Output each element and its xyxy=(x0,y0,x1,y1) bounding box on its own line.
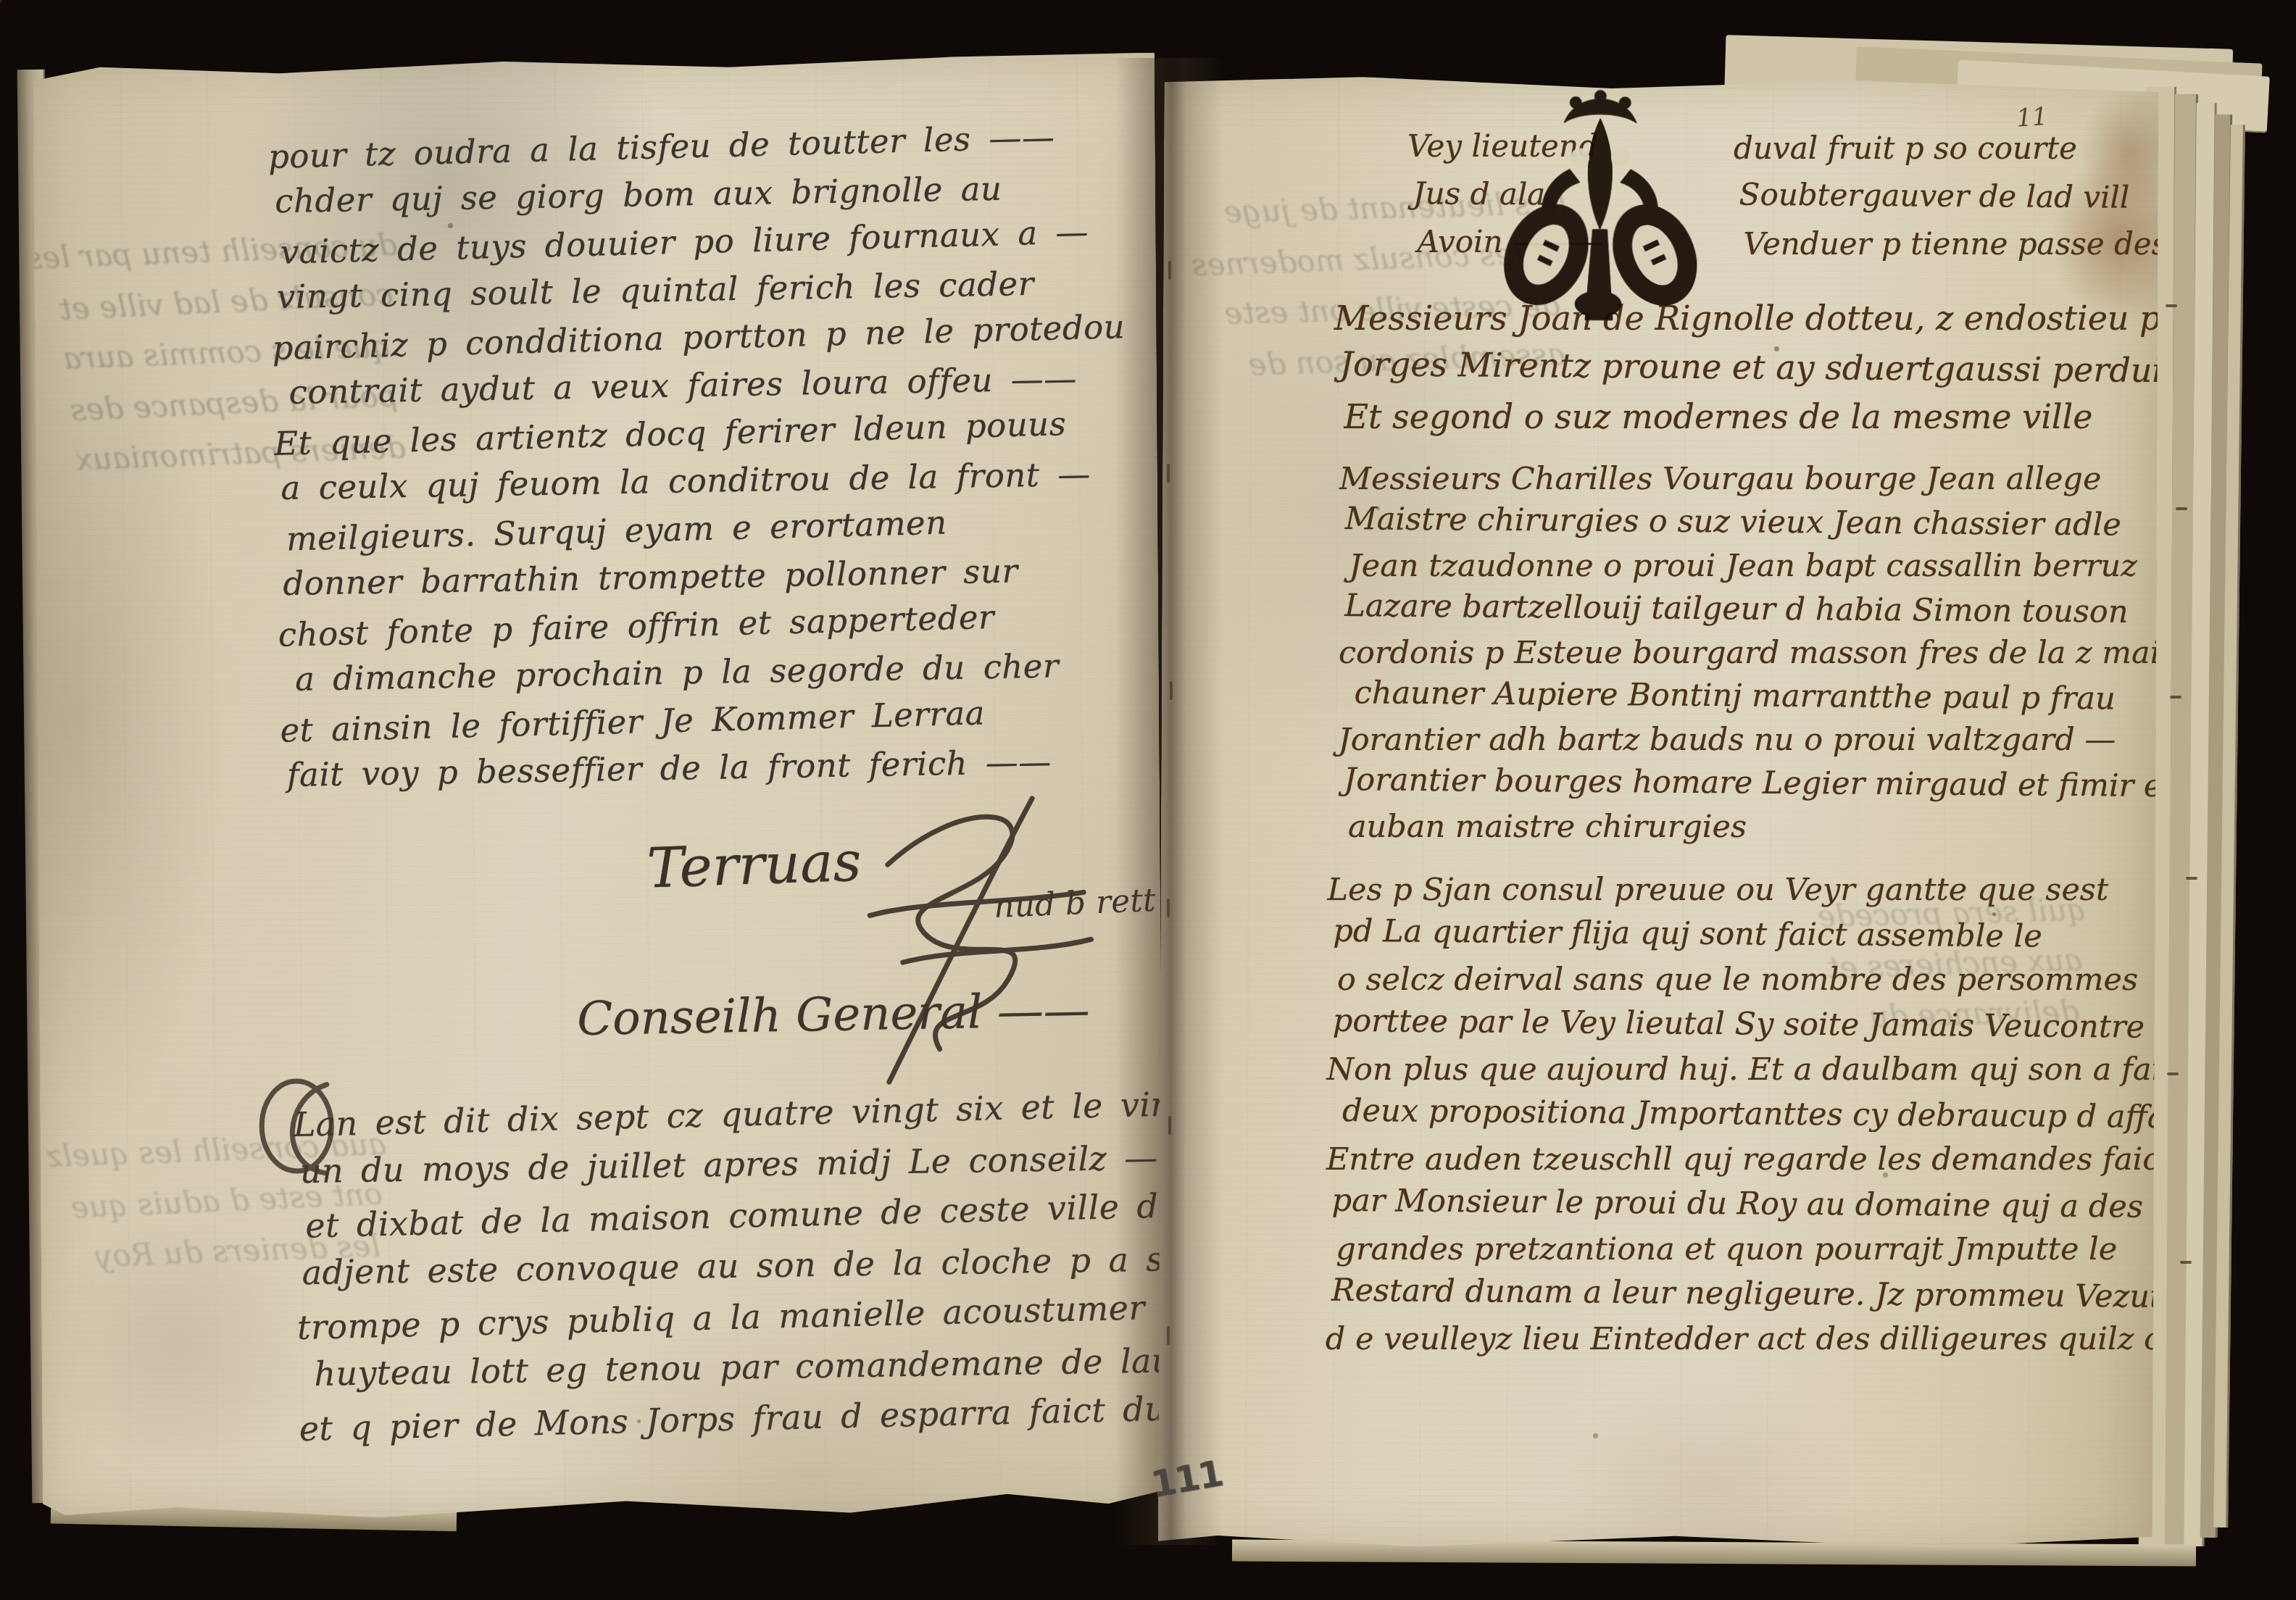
signature-countersign: nud b rett xyxy=(993,882,1156,925)
manuscript-line: Messieurs Charilles Vourgau bourge Jean … xyxy=(1339,457,2177,501)
binding-stitch xyxy=(1167,464,1170,483)
signature-paraph-flourish xyxy=(800,776,1157,1104)
manuscript-line: Les p Sjan consul preuue ou Veyr gantte … xyxy=(1328,867,2262,912)
manuscript-line: par Monsieur le proui du Roy au domaine … xyxy=(1331,1178,2266,1230)
manuscript-line: Soubtergauver de lad vill xyxy=(1739,170,2173,222)
manuscript-line: o selcz deirval sans que le nombre des p… xyxy=(1337,957,2261,1002)
binding-stitch xyxy=(1167,899,1170,917)
fore-edge-ink-mark xyxy=(2180,1261,2192,1264)
manuscript-line: Non plus que aujourd huj. Et a daulbam q… xyxy=(1326,1047,2260,1092)
manuscript-line: Messieurs Joan de Rignolle dotteu, z end… xyxy=(1334,293,2174,343)
header-right-fragments: duval fruit p so courte Soubtergauver de… xyxy=(1733,123,2168,269)
manuscript-line: Jean tzaudonne o proui Jean bapt cassall… xyxy=(1349,544,2176,588)
left-paragraph-resolution: pour tz oudra a la tisfeu de toutter les… xyxy=(267,114,1134,801)
manuscript-line: Jorantier bourges homare Legier mirgaud … xyxy=(1344,758,2181,808)
manuscript-line: Venduer p tienne passe des xyxy=(1743,220,2167,268)
right-paragraph-attendees: Messieurs Charilles Vourgau bourge Jean … xyxy=(1338,455,2177,850)
manuscript-line: auban maistre chirurgies xyxy=(1348,805,2176,849)
manuscript-line: deux propositiona Jmportanttes cy debrau… xyxy=(1342,1088,2266,1141)
binding-stitch xyxy=(1168,261,1171,280)
manuscript-line: Jorges Mirentz proune et ay sduertgaussi… xyxy=(1339,339,2180,395)
manuscript-line: Maistre chirurgies o suz vieux Jean chas… xyxy=(1345,497,2183,547)
manuscript-scan: du conseilh tenu par les consulz de lad … xyxy=(0,0,2296,1600)
manuscript-line: d e veulleyz lieu Eintedder act des dill… xyxy=(1326,1317,2260,1362)
fore-edge-ink-mark xyxy=(2170,696,2181,699)
section-heading: Conseilh General —— xyxy=(577,984,1091,1046)
manuscript-line: porttee par le Vey lieutal Sy soite Jama… xyxy=(1333,999,2267,1051)
manuscript-line: Lazare bartzellouij tailgeur d habia Sim… xyxy=(1344,584,2182,634)
fore-edge-ink-mark xyxy=(2186,877,2197,880)
fiscal-stamp-fleur-de-lis xyxy=(1482,80,1722,328)
right-paragraph-officials: Messieurs Joan de Rignolle dotteu, z end… xyxy=(1334,291,2174,443)
manuscript-line: Restard dunam a leur negligeure. Jz prom… xyxy=(1331,1268,2266,1320)
binding-stitch xyxy=(1167,1326,1170,1345)
manuscript-line: grandes pretzantiona et quon pourrajt Jm… xyxy=(1336,1227,2260,1272)
manuscript-line: Et segond o suz modernes de la mesme vil… xyxy=(1344,392,2174,441)
manuscript-line: pd La quartier flija quj sont faict asse… xyxy=(1333,909,2267,961)
manuscript-line: duval fruit p so courte xyxy=(1734,125,2168,172)
fore-edge-ink-mark xyxy=(2167,1072,2179,1075)
manuscript-line: chauner Aupiere Bontinj marrantthe paul … xyxy=(1354,671,2181,721)
manuscript-line: Jorantier adh bartz bauds nu o proui val… xyxy=(1338,718,2176,762)
binding-stitch xyxy=(1170,681,1173,700)
manuscript-line: cordonis p Esteue bourgard masson fres d… xyxy=(1339,631,2176,675)
foxing-specks xyxy=(0,0,2,2)
fore-edge-ink-mark xyxy=(2166,304,2177,307)
left-page: du conseilh tenu par les consulz de lad … xyxy=(33,53,1165,1522)
right-page: le s lieutenant de juge et les consulz m… xyxy=(1158,73,2159,1551)
fore-edge-ink-mark xyxy=(2176,507,2187,510)
binding-stitch xyxy=(1168,1116,1171,1135)
manuscript-line: Entre auden tzeuschll quj regarde les de… xyxy=(1326,1137,2260,1182)
right-paragraph-deliberation: Les p Sjan consul preuue ou Veyr gantte … xyxy=(1326,865,2262,1364)
